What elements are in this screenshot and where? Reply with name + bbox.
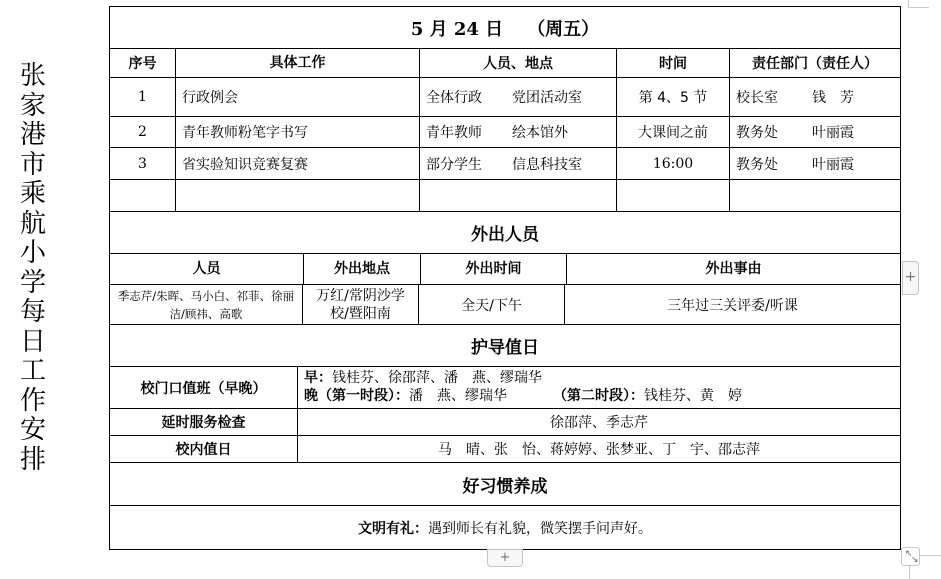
title-char: 家 bbox=[16, 92, 50, 122]
after-school-label[interactable]: 延时服务检查 bbox=[110, 409, 298, 435]
col-header-people-place[interactable]: 人员、地点 bbox=[420, 49, 617, 78]
col-header-time[interactable]: 时间 bbox=[617, 49, 730, 78]
row-people: 全体行政 bbox=[426, 90, 482, 106]
after-school-value[interactable]: 徐邵萍、季志芹 bbox=[298, 409, 900, 435]
date-header-cell[interactable]: 5 月 24 日（周五） bbox=[110, 7, 901, 49]
campus-duty-wrap: 校内值日 马 晴、张 怡、蒋婷婷、张梦亚、丁 宇、邵志萍 bbox=[110, 436, 901, 463]
outing-header-wrap: 人员 外出地点 外出时间 外出事由 bbox=[110, 254, 901, 285]
table-resize-handle[interactable]: ↖ ↘ bbox=[901, 547, 920, 566]
after-school-wrap: 延时服务检查 徐邵萍、季志芹 bbox=[110, 409, 901, 436]
habit-content[interactable]: 文明有礼：遇到师长有礼貌，微笑摆手问声好。 bbox=[110, 506, 901, 550]
row-dept-empty[interactable] bbox=[730, 180, 901, 212]
row-dept-owner[interactable]: 校长室钱 芳 bbox=[730, 78, 901, 117]
row-people: 青年教师 bbox=[426, 125, 482, 141]
row-time[interactable]: 16:00 bbox=[617, 148, 730, 180]
outing-col-time[interactable]: 外出时间 bbox=[421, 254, 567, 284]
row-dept: 教务处 bbox=[736, 125, 778, 141]
date-text: 5 月 24 日 bbox=[411, 19, 503, 40]
title-char: 航 bbox=[16, 210, 50, 240]
plus-icon: + bbox=[905, 269, 917, 285]
page-guide-line bbox=[919, 555, 941, 556]
work-row-3: 3 省实验知识竞赛复赛 部分学生信息科技室 16:00 教务处叶丽霞 bbox=[110, 148, 901, 180]
row-people-place[interactable]: 青年教师绘本馆外 bbox=[420, 117, 617, 148]
gate-duty-label[interactable]: 校门口值班（早晚） bbox=[110, 367, 298, 408]
morning-value: 钱桂芬、徐邵萍、潘 燕、缪瑞华 bbox=[332, 370, 542, 386]
gate-evening-line: 晚（第一时段）：潘 燕、缪瑞华（第二时段）：钱桂芬、黄 婷 bbox=[304, 387, 900, 405]
title-char: 港 bbox=[16, 121, 50, 151]
habit-section-title[interactable]: 好习惯养成 bbox=[110, 463, 901, 506]
outing-header-row: 人员 外出地点 外出时间 外出事由 bbox=[110, 254, 901, 285]
after-school-row: 延时服务检查 徐邵萍、季志芹 bbox=[110, 409, 901, 436]
outing-col-reason[interactable]: 外出事由 bbox=[567, 254, 900, 284]
evening2-label: （第二时段） bbox=[553, 388, 630, 404]
outing-people[interactable]: 季志芹/朱晖、马小白、祁菲、徐丽洁/顾祎、高歌 bbox=[110, 285, 303, 324]
title-char: 工 bbox=[16, 357, 50, 387]
morning-label: 早 bbox=[304, 370, 318, 386]
title-char: 安 bbox=[16, 416, 50, 446]
work-row-1: 1 行政例会 全体行政党团活动室 第 4、5 节 校长室钱 芳 bbox=[110, 78, 901, 117]
duty-section-title[interactable]: 护导值日 bbox=[110, 325, 901, 367]
habit-text: 遇到师长有礼貌，微笑摆手问声好。 bbox=[428, 521, 652, 537]
row-place: 党团活动室 bbox=[512, 90, 582, 106]
page-corner-mark bbox=[908, 0, 929, 8]
campus-duty-value[interactable]: 马 晴、张 怡、蒋婷婷、张梦亚、丁 宇、邵志萍 bbox=[298, 436, 900, 462]
habit-section-row: 好习惯养成 bbox=[110, 463, 901, 506]
row-no-empty[interactable] bbox=[110, 180, 176, 212]
evening1-value: 潘 燕、缪瑞华 bbox=[409, 388, 507, 404]
title-char: 每 bbox=[16, 298, 50, 328]
title-char: 学 bbox=[16, 269, 50, 299]
outing-row: 季志芹/朱晖、马小白、祁菲、徐丽洁/顾祎、高歌 万红/常阴沙学校/暨阳南 全天/… bbox=[110, 285, 901, 325]
gate-morning-line: 早：钱桂芬、徐邵萍、潘 燕、缪瑞华 bbox=[304, 369, 900, 387]
gate-duty-value[interactable]: 早：钱桂芬、徐邵萍、潘 燕、缪瑞华 晚（第一时段）：潘 燕、缪瑞华（第二时段）：… bbox=[298, 367, 900, 408]
vertical-document-title: 张 家 港 市 乘 航 小 学 每 日 工 作 安 排 bbox=[16, 62, 50, 475]
title-char: 乘 bbox=[16, 180, 50, 210]
title-char: 小 bbox=[16, 239, 50, 269]
outing-section-row: 外出人员 bbox=[110, 212, 901, 254]
add-column-button[interactable]: + bbox=[902, 261, 919, 295]
outing-col-place[interactable]: 外出地点 bbox=[304, 254, 421, 284]
habit-row: 文明有礼：遇到师长有礼貌，微笑摆手问声好。 bbox=[110, 506, 901, 550]
title-char: 张 bbox=[16, 62, 50, 92]
outing-place[interactable]: 万红/常阴沙学校/暨阳南 bbox=[303, 285, 419, 324]
title-char: 日 bbox=[16, 328, 50, 358]
row-no[interactable]: 1 bbox=[110, 78, 176, 117]
row-task[interactable]: 行政例会 bbox=[176, 78, 420, 117]
row-time[interactable]: 大课间之前 bbox=[617, 117, 730, 148]
row-no[interactable]: 3 bbox=[110, 148, 176, 180]
outing-time[interactable]: 全天/下午 bbox=[419, 285, 565, 324]
col-header-no[interactable]: 序号 bbox=[110, 49, 176, 78]
col-header-dept[interactable]: 责任部门（责任人） bbox=[730, 49, 901, 78]
work-header-row: 序号 具体工作 人员、地点 时间 责任部门（责任人） bbox=[110, 49, 901, 78]
habit-label: 文明有礼： bbox=[358, 521, 428, 537]
title-char: 作 bbox=[16, 387, 50, 417]
row-people-place[interactable]: 全体行政党团活动室 bbox=[420, 78, 617, 117]
date-header-row: 5 月 24 日（周五） bbox=[110, 7, 901, 49]
row-task-empty[interactable] bbox=[176, 180, 420, 212]
outing-reason[interactable]: 三年过三关评委/听课 bbox=[565, 285, 900, 324]
row-owner: 叶丽霞 bbox=[812, 125, 854, 141]
campus-duty-row: 校内值日 马 晴、张 怡、蒋婷婷、张梦亚、丁 宇、邵志萍 bbox=[110, 436, 901, 463]
title-char: 市 bbox=[16, 151, 50, 181]
row-task[interactable]: 省实验知识竞赛复赛 bbox=[176, 148, 420, 180]
row-owner: 叶丽霞 bbox=[812, 157, 854, 173]
evening2-value: 钱桂芬、黄 婷 bbox=[644, 388, 742, 404]
row-people-empty[interactable] bbox=[420, 180, 617, 212]
outing-row-wrap: 季志芹/朱晖、马小白、祁菲、徐丽洁/顾祎、高歌 万红/常阴沙学校/暨阳南 全天/… bbox=[110, 285, 901, 325]
row-dept: 教务处 bbox=[736, 157, 778, 173]
resize-arrow-icon: ↘ bbox=[911, 556, 919, 564]
row-owner: 钱 芳 bbox=[812, 90, 854, 106]
work-row-2: 2 青年教师粉笔字书写 青年教师绘本馆外 大课间之前 教务处叶丽霞 bbox=[110, 117, 901, 148]
gate-duty-row: 校门口值班（早晚） 早：钱桂芬、徐邵萍、潘 燕、缪瑞华 晚（第一时段）：潘 燕、… bbox=[110, 367, 901, 409]
gate-duty-wrap: 校门口值班（早晚） 早：钱桂芬、徐邵萍、潘 燕、缪瑞华 晚（第一时段）：潘 燕、… bbox=[110, 367, 901, 409]
row-dept: 校长室 bbox=[736, 90, 778, 106]
row-people: 部分学生 bbox=[426, 157, 482, 173]
evening1-label: 晚（第一时段） bbox=[304, 388, 395, 404]
col-header-task[interactable]: 具体工作 bbox=[176, 49, 419, 77]
row-no[interactable]: 2 bbox=[110, 117, 176, 148]
row-place: 信息科技室 bbox=[512, 157, 582, 173]
title-char: 排 bbox=[16, 446, 50, 476]
row-time[interactable]: 第 4、5 节 bbox=[617, 78, 730, 117]
row-place: 绘本馆外 bbox=[512, 125, 568, 141]
outing-section-title[interactable]: 外出人员 bbox=[110, 212, 901, 254]
row-dept-owner[interactable]: 教务处叶丽霞 bbox=[730, 148, 901, 180]
row-time-empty[interactable] bbox=[617, 180, 730, 212]
row-dept-owner[interactable]: 教务处叶丽霞 bbox=[730, 117, 901, 148]
col-header-task-wrap: 具体工作 bbox=[176, 49, 420, 78]
add-row-button[interactable]: + bbox=[487, 549, 523, 567]
work-row-empty bbox=[110, 180, 901, 212]
row-people-place[interactable]: 部分学生信息科技室 bbox=[420, 148, 617, 180]
weekday-text: （周五） bbox=[527, 19, 599, 40]
row-task[interactable]: 青年教师粉笔字书写 bbox=[176, 117, 420, 148]
outing-col-people[interactable]: 人员 bbox=[110, 254, 304, 284]
plus-icon: + bbox=[500, 550, 511, 565]
duty-section-row: 护导值日 bbox=[110, 325, 901, 367]
page-guide-line bbox=[909, 565, 910, 579]
daily-schedule-table: 5 月 24 日（周五） 序号 具体工作 人员、地点 时间 责任部门（责任人） … bbox=[109, 6, 901, 550]
campus-duty-label[interactable]: 校内值日 bbox=[110, 436, 298, 462]
